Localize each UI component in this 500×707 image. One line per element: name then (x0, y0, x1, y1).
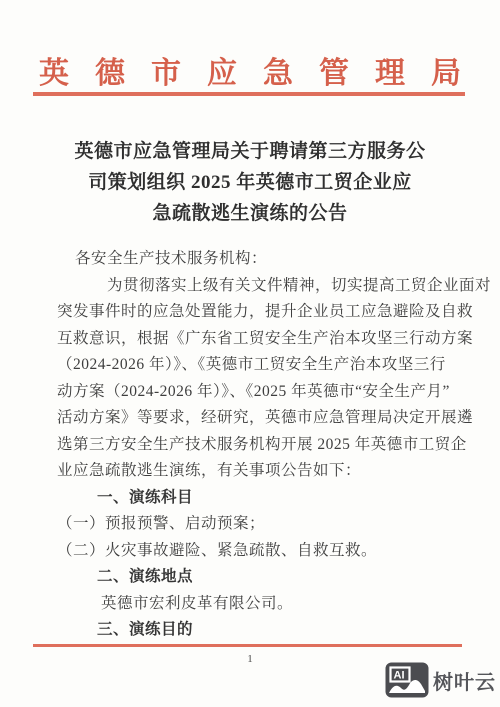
body-line: 二、演练地点 (57, 564, 491, 591)
body-line: 为贯彻落实上级有关文件精神，切实提高工贸企业面对 (57, 273, 491, 300)
title-line: 急疏散逃生演练的公告 (30, 198, 470, 229)
body-line: 英德市宏利皮革有限公司。 (57, 591, 491, 618)
document-title: 英德市应急管理局关于聘请第三方服务公 司策划组织 2025 年英德市工贸企业应 … (30, 136, 470, 229)
watermark: AI 树叶云 (385, 662, 496, 698)
body-line: 互救意识，根据《广东省工贸安全生产治本攻坚三行动方案 (57, 326, 491, 353)
body-line: 一、演练科目 (57, 485, 491, 512)
body-line: 突发事件时的应急处置能力，提升企业员工应急避险及自救 (57, 299, 491, 326)
body-line: 动方案（2024-2026 年）》、《2025 年英德市“安全生产月” (57, 379, 491, 406)
body-line: 各安全生产技术服务机构： (57, 246, 491, 273)
header-double-rule (33, 92, 465, 96)
body-line: 三、演练目的 (57, 617, 491, 644)
body-line: （一）预报预警、启动预案； (57, 511, 491, 538)
document-body: 各安全生产技术服务机构：为贯彻落实上级有关文件精神，切实提高工贸企业面对突发事件… (57, 246, 491, 644)
body-line: 业应急疏散逃生演练，有关事项公告如下： (57, 458, 491, 485)
body-line: （二）火灾事故避险、紧急疏散、自救互救。 (57, 538, 491, 565)
title-line: 司策划组织 2025 年英德市工贸企业应 (30, 167, 470, 198)
footer-double-rule (33, 644, 462, 647)
body-line: 选第三方安全生产技术服务机构开展 2025 年英德市工贸企 (57, 432, 491, 459)
watermark-label: 树叶云 (433, 666, 496, 695)
body-line: （2024-2026 年）》、《英德市工贸安全生产治本攻坚三行 (57, 352, 491, 379)
agency-header-text: 英德市应急管理局 (39, 57, 487, 90)
title-line: 英德市应急管理局关于聘请第三方服务公 (30, 136, 470, 167)
body-line: 活动方案》等要求，经研究，英德市应急管理局决定开展遴 (57, 405, 491, 432)
ai-icon-text: AI (394, 670, 405, 682)
ai-image-icon: AI (385, 662, 429, 698)
document-page: 英德市应急管理局 英德市应急管理局关于聘请第三方服务公 司策划组织 2025 年… (0, 0, 500, 707)
agency-header: 英德市应急管理局 (0, 48, 500, 92)
